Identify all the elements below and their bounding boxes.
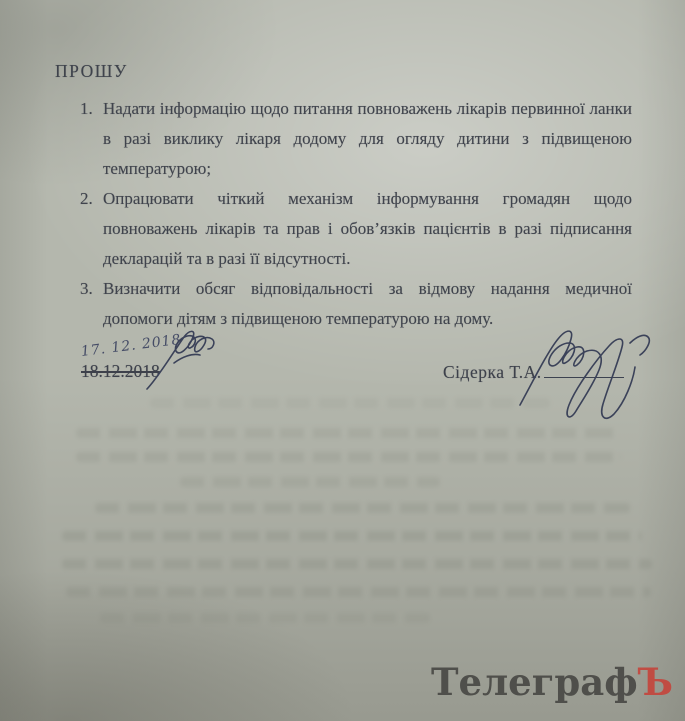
bleed-through-line <box>62 559 652 569</box>
bleed-through-line <box>76 452 621 462</box>
list-item-text: Надати інформацію щодо питання повноваже… <box>103 94 632 184</box>
telegraf-watermark: ТелеграфЪ <box>431 662 673 702</box>
bleed-through-line <box>95 503 630 513</box>
bleed-through-line <box>66 587 651 597</box>
watermark-accent: Ъ <box>638 660 673 704</box>
bleed-through-line <box>150 398 550 408</box>
list-item-number: 2. <box>80 184 93 214</box>
signature-large <box>512 325 662 431</box>
signature-small <box>144 327 236 393</box>
document-photo: ПРОШУ 1. Надати інформацію щодо питання … <box>0 0 685 721</box>
bleed-through-line <box>62 531 642 541</box>
request-list: 1. Надати інформацію щодо питання повнов… <box>80 94 632 334</box>
list-item: 2. Опрацювати чіткий механізм інформуван… <box>80 184 632 274</box>
watermark-main: Телеграф <box>431 660 638 704</box>
list-item-text: Опрацювати чіткий механізм інформування … <box>103 184 632 274</box>
bleed-through-line <box>100 613 430 623</box>
list-item-number: 1. <box>80 94 93 124</box>
bleed-through-line <box>180 477 440 487</box>
list-item-number: 3. <box>80 274 93 304</box>
document-heading: ПРОШУ <box>55 61 128 82</box>
list-item: 1. Надати інформацію щодо питання повнов… <box>80 94 632 184</box>
